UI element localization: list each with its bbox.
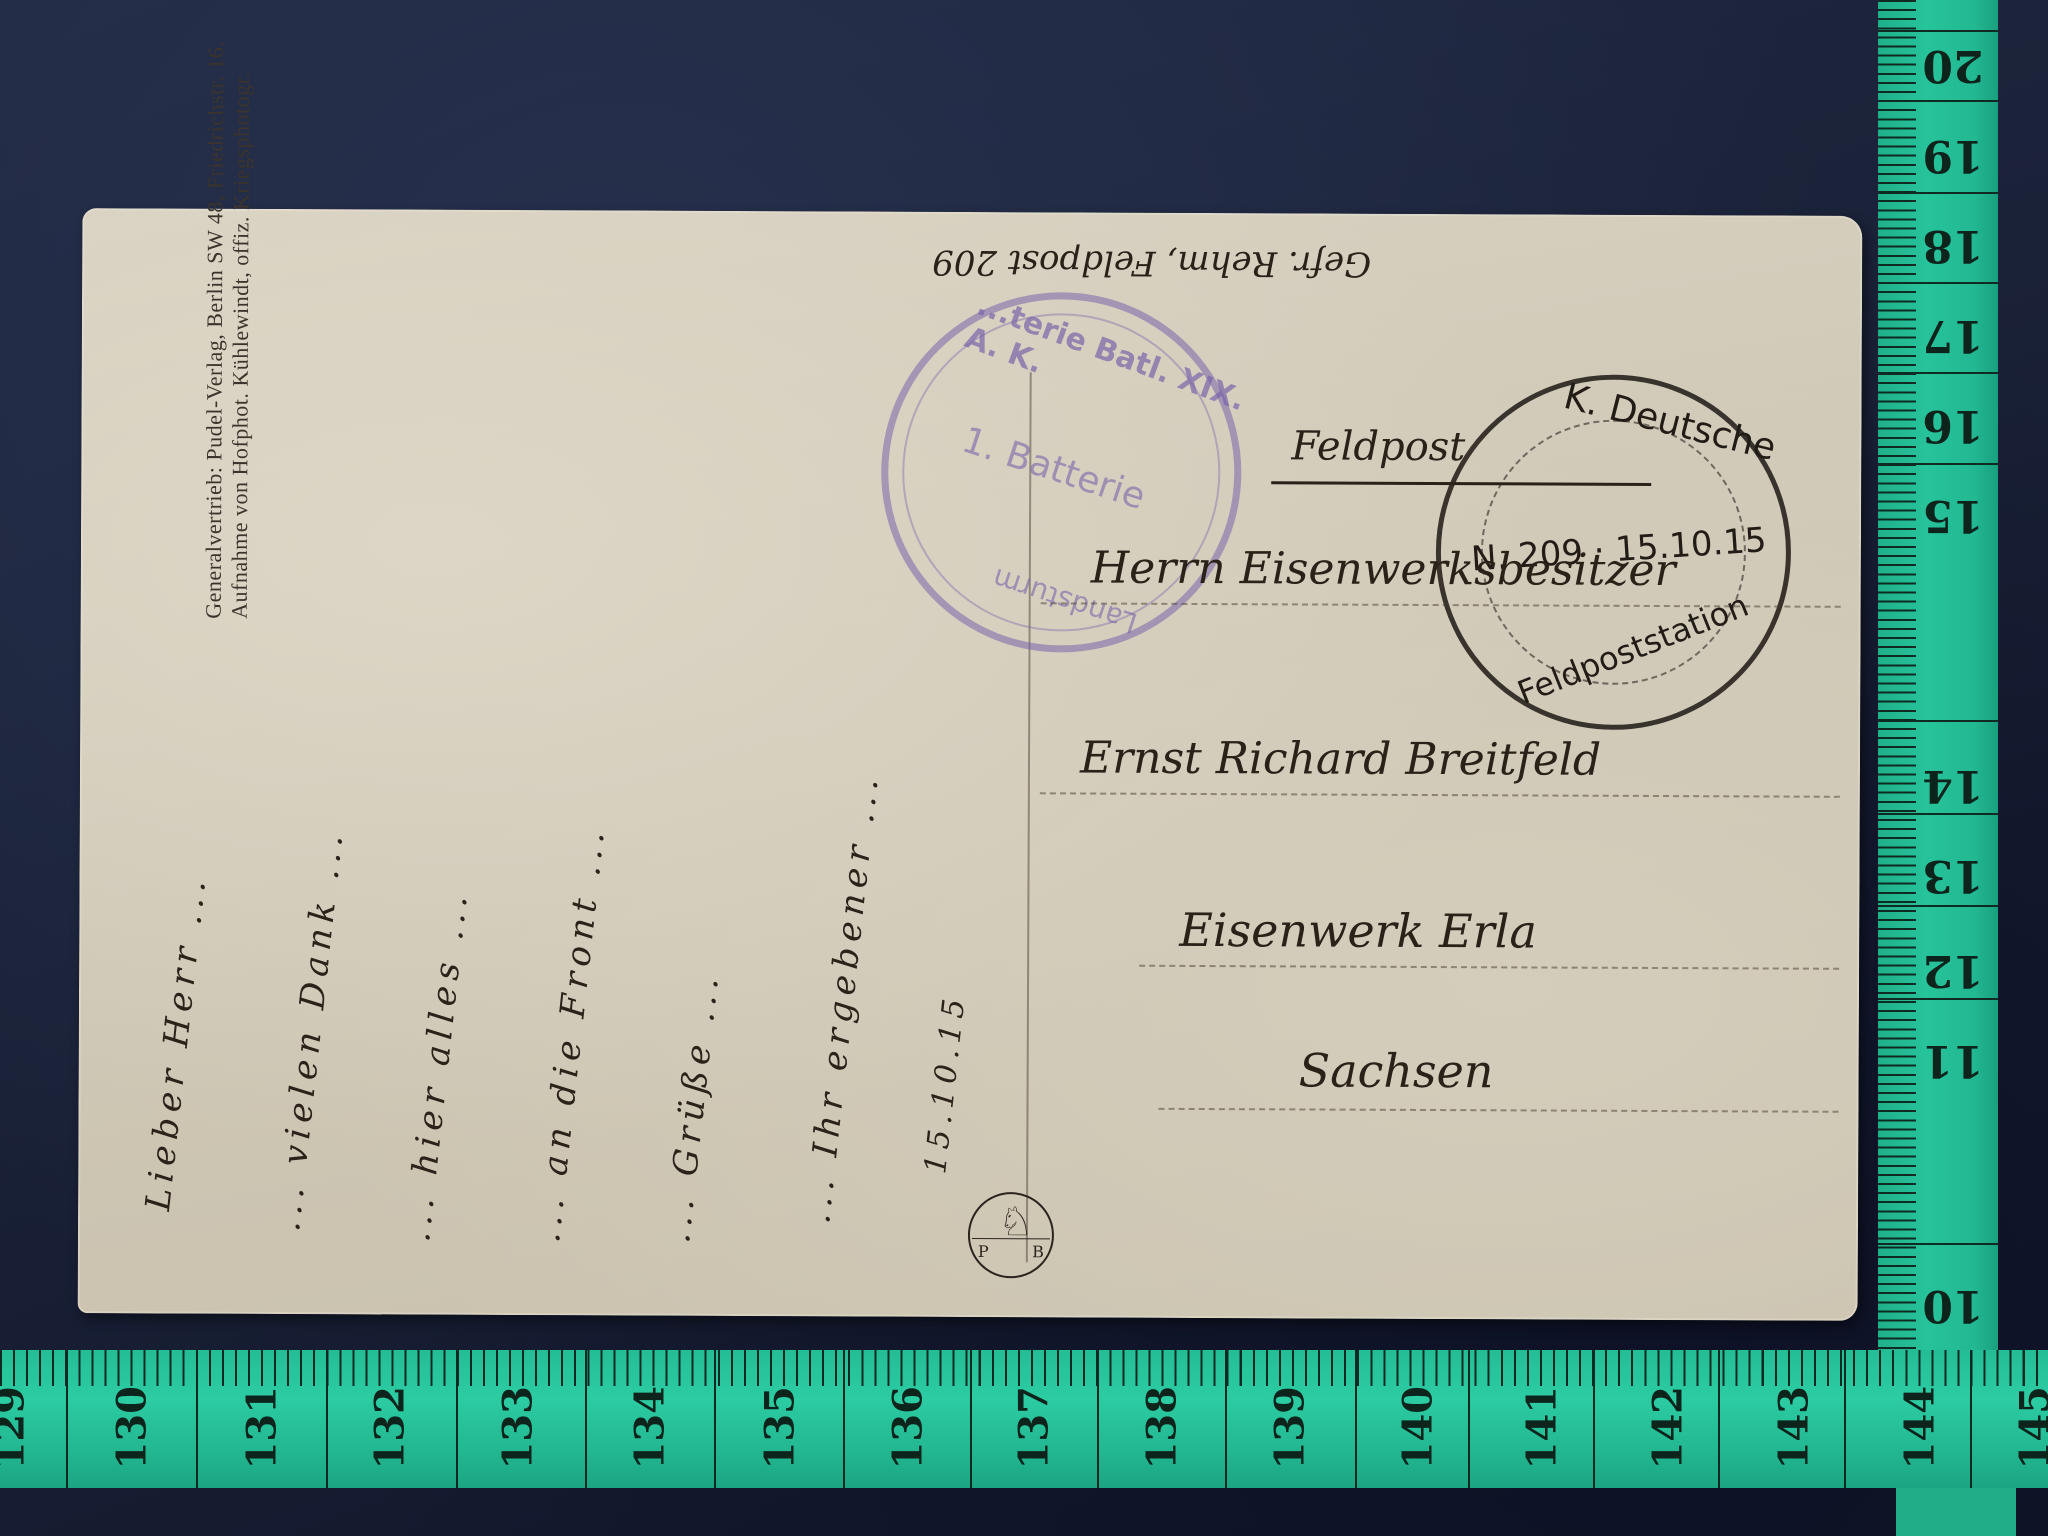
address-line-3 xyxy=(1139,965,1839,970)
vertical-tape-tail xyxy=(1896,1488,2016,1536)
tape-label: 142 xyxy=(1645,1390,1692,1470)
address-line-4 xyxy=(1158,1108,1838,1113)
vertical-tape-measure: 20 19 18 17 16 15 14 13 12 11 10 xyxy=(1878,0,1998,1352)
cm-line xyxy=(1878,282,1998,284)
cm-line xyxy=(1878,192,1998,194)
cm-line xyxy=(456,1350,458,1488)
cm-line xyxy=(1878,30,1998,32)
tape-label: 14 xyxy=(1918,760,1988,811)
message-column: Lieber Herr ... xyxy=(138,872,215,1212)
message-column: ... vielen Dank ... xyxy=(268,827,352,1233)
logo-letter-b: B xyxy=(1032,1242,1044,1261)
unit-stamp: ...terie Batl. XIX. A. K. 1. Batterie La… xyxy=(857,268,1265,676)
cm-line xyxy=(1878,998,1998,1000)
cm-line xyxy=(1844,1350,1846,1488)
tape-label: 17 xyxy=(1918,310,1988,361)
cm-line xyxy=(585,1350,587,1488)
imprint-line-1: Generalvertrieb: Pudel-Verlag, Berlin SW… xyxy=(201,41,230,619)
cm-line xyxy=(1878,372,1998,374)
tape-label: 13 xyxy=(1918,850,1988,901)
publisher-imprint: Generalvertrieb: Pudel-Verlag, Berlin SW… xyxy=(201,41,256,619)
sender-line: Gefr. Rehm, Feldpost 209 xyxy=(932,242,1371,284)
horizontal-tape-measure: 129 130 131 132 133 134 135 136 137 138 … xyxy=(0,1350,2048,1488)
address-name: Ernst Richard Breitfeld xyxy=(1080,732,1601,785)
tape-label: 131 xyxy=(239,1390,286,1470)
cm-line xyxy=(1468,1350,1470,1488)
tape-label: 11 xyxy=(1918,1035,1988,1086)
cm-line xyxy=(1878,463,1998,465)
cm-line xyxy=(1355,1350,1357,1488)
message-column: ... Grüße ... xyxy=(658,970,727,1245)
tape-label: 129 xyxy=(0,1390,34,1470)
address-service: Feldpost xyxy=(1291,423,1465,470)
lion-figure-icon: ♘ xyxy=(998,1202,1034,1242)
tape-label: 137 xyxy=(1011,1390,1058,1470)
cm-line xyxy=(1593,1350,1595,1488)
cm-line xyxy=(1718,1350,1720,1488)
address-salutation: Herrn Eisenwerksbesitzer xyxy=(1091,543,1676,597)
tape-label: 130 xyxy=(109,1390,156,1470)
tape-label: 138 xyxy=(1139,1390,1186,1470)
cm-line xyxy=(1970,1350,1972,1488)
cm-line xyxy=(1878,813,1998,815)
message-column: ... Ihr ergebener ... xyxy=(798,771,887,1226)
tape-label: 133 xyxy=(495,1390,542,1470)
cm-line xyxy=(196,1350,198,1488)
postcard: Generalvertrieb: Pudel-Verlag, Berlin SW… xyxy=(78,208,1863,1321)
logo-letter-p: P xyxy=(978,1242,989,1261)
tape-label: 144 xyxy=(1897,1390,1944,1470)
tape-label: 10 xyxy=(1918,1280,1988,1331)
cm-line xyxy=(714,1350,716,1488)
cm-line xyxy=(66,1350,68,1488)
tape-label: 141 xyxy=(1519,1390,1566,1470)
tape-label: 19 xyxy=(1918,130,1988,181)
tape-label: 20 xyxy=(1918,40,1988,91)
message-date: 15.10.15 xyxy=(918,991,973,1175)
message-column: ... an die Front ... xyxy=(528,824,613,1245)
tape-label: 145 xyxy=(2012,1390,2048,1470)
publisher-logo-icon: ♘ P B xyxy=(968,1192,1054,1278)
cm-line xyxy=(843,1350,845,1488)
cm-line xyxy=(1878,1243,1998,1245)
tape-label: 136 xyxy=(885,1390,932,1470)
tape-label: 15 xyxy=(1918,490,1988,541)
tape-label: 135 xyxy=(757,1390,804,1470)
tape-label: 139 xyxy=(1267,1390,1314,1470)
tape-label: 143 xyxy=(1771,1390,1818,1470)
tape-label: 132 xyxy=(367,1390,414,1470)
message-column: ... hier alles ... xyxy=(398,888,476,1244)
cm-line xyxy=(1878,905,1998,907)
tape-ticks xyxy=(0,1350,2048,1386)
cm-line xyxy=(1878,720,1998,722)
address-place: Eisenwerk Erla xyxy=(1179,903,1537,959)
tape-label: 12 xyxy=(1918,945,1988,996)
cm-line xyxy=(1878,100,1998,102)
cm-line xyxy=(1225,1350,1227,1488)
tape-label: 18 xyxy=(1918,220,1988,271)
tape-label: 16 xyxy=(1918,400,1988,451)
tape-ticks xyxy=(1878,0,1916,1352)
cm-line xyxy=(326,1350,328,1488)
address-line-2 xyxy=(1040,792,1840,797)
address-region: Sachsen xyxy=(1299,1043,1494,1098)
tape-label: 134 xyxy=(627,1390,674,1470)
tape-label: 140 xyxy=(1395,1390,1442,1470)
imprint-line-2: Aufnahme von Hofphot. Kühlewindt, offiz.… xyxy=(227,41,256,619)
cm-line xyxy=(1097,1350,1099,1488)
cm-line xyxy=(970,1350,972,1488)
